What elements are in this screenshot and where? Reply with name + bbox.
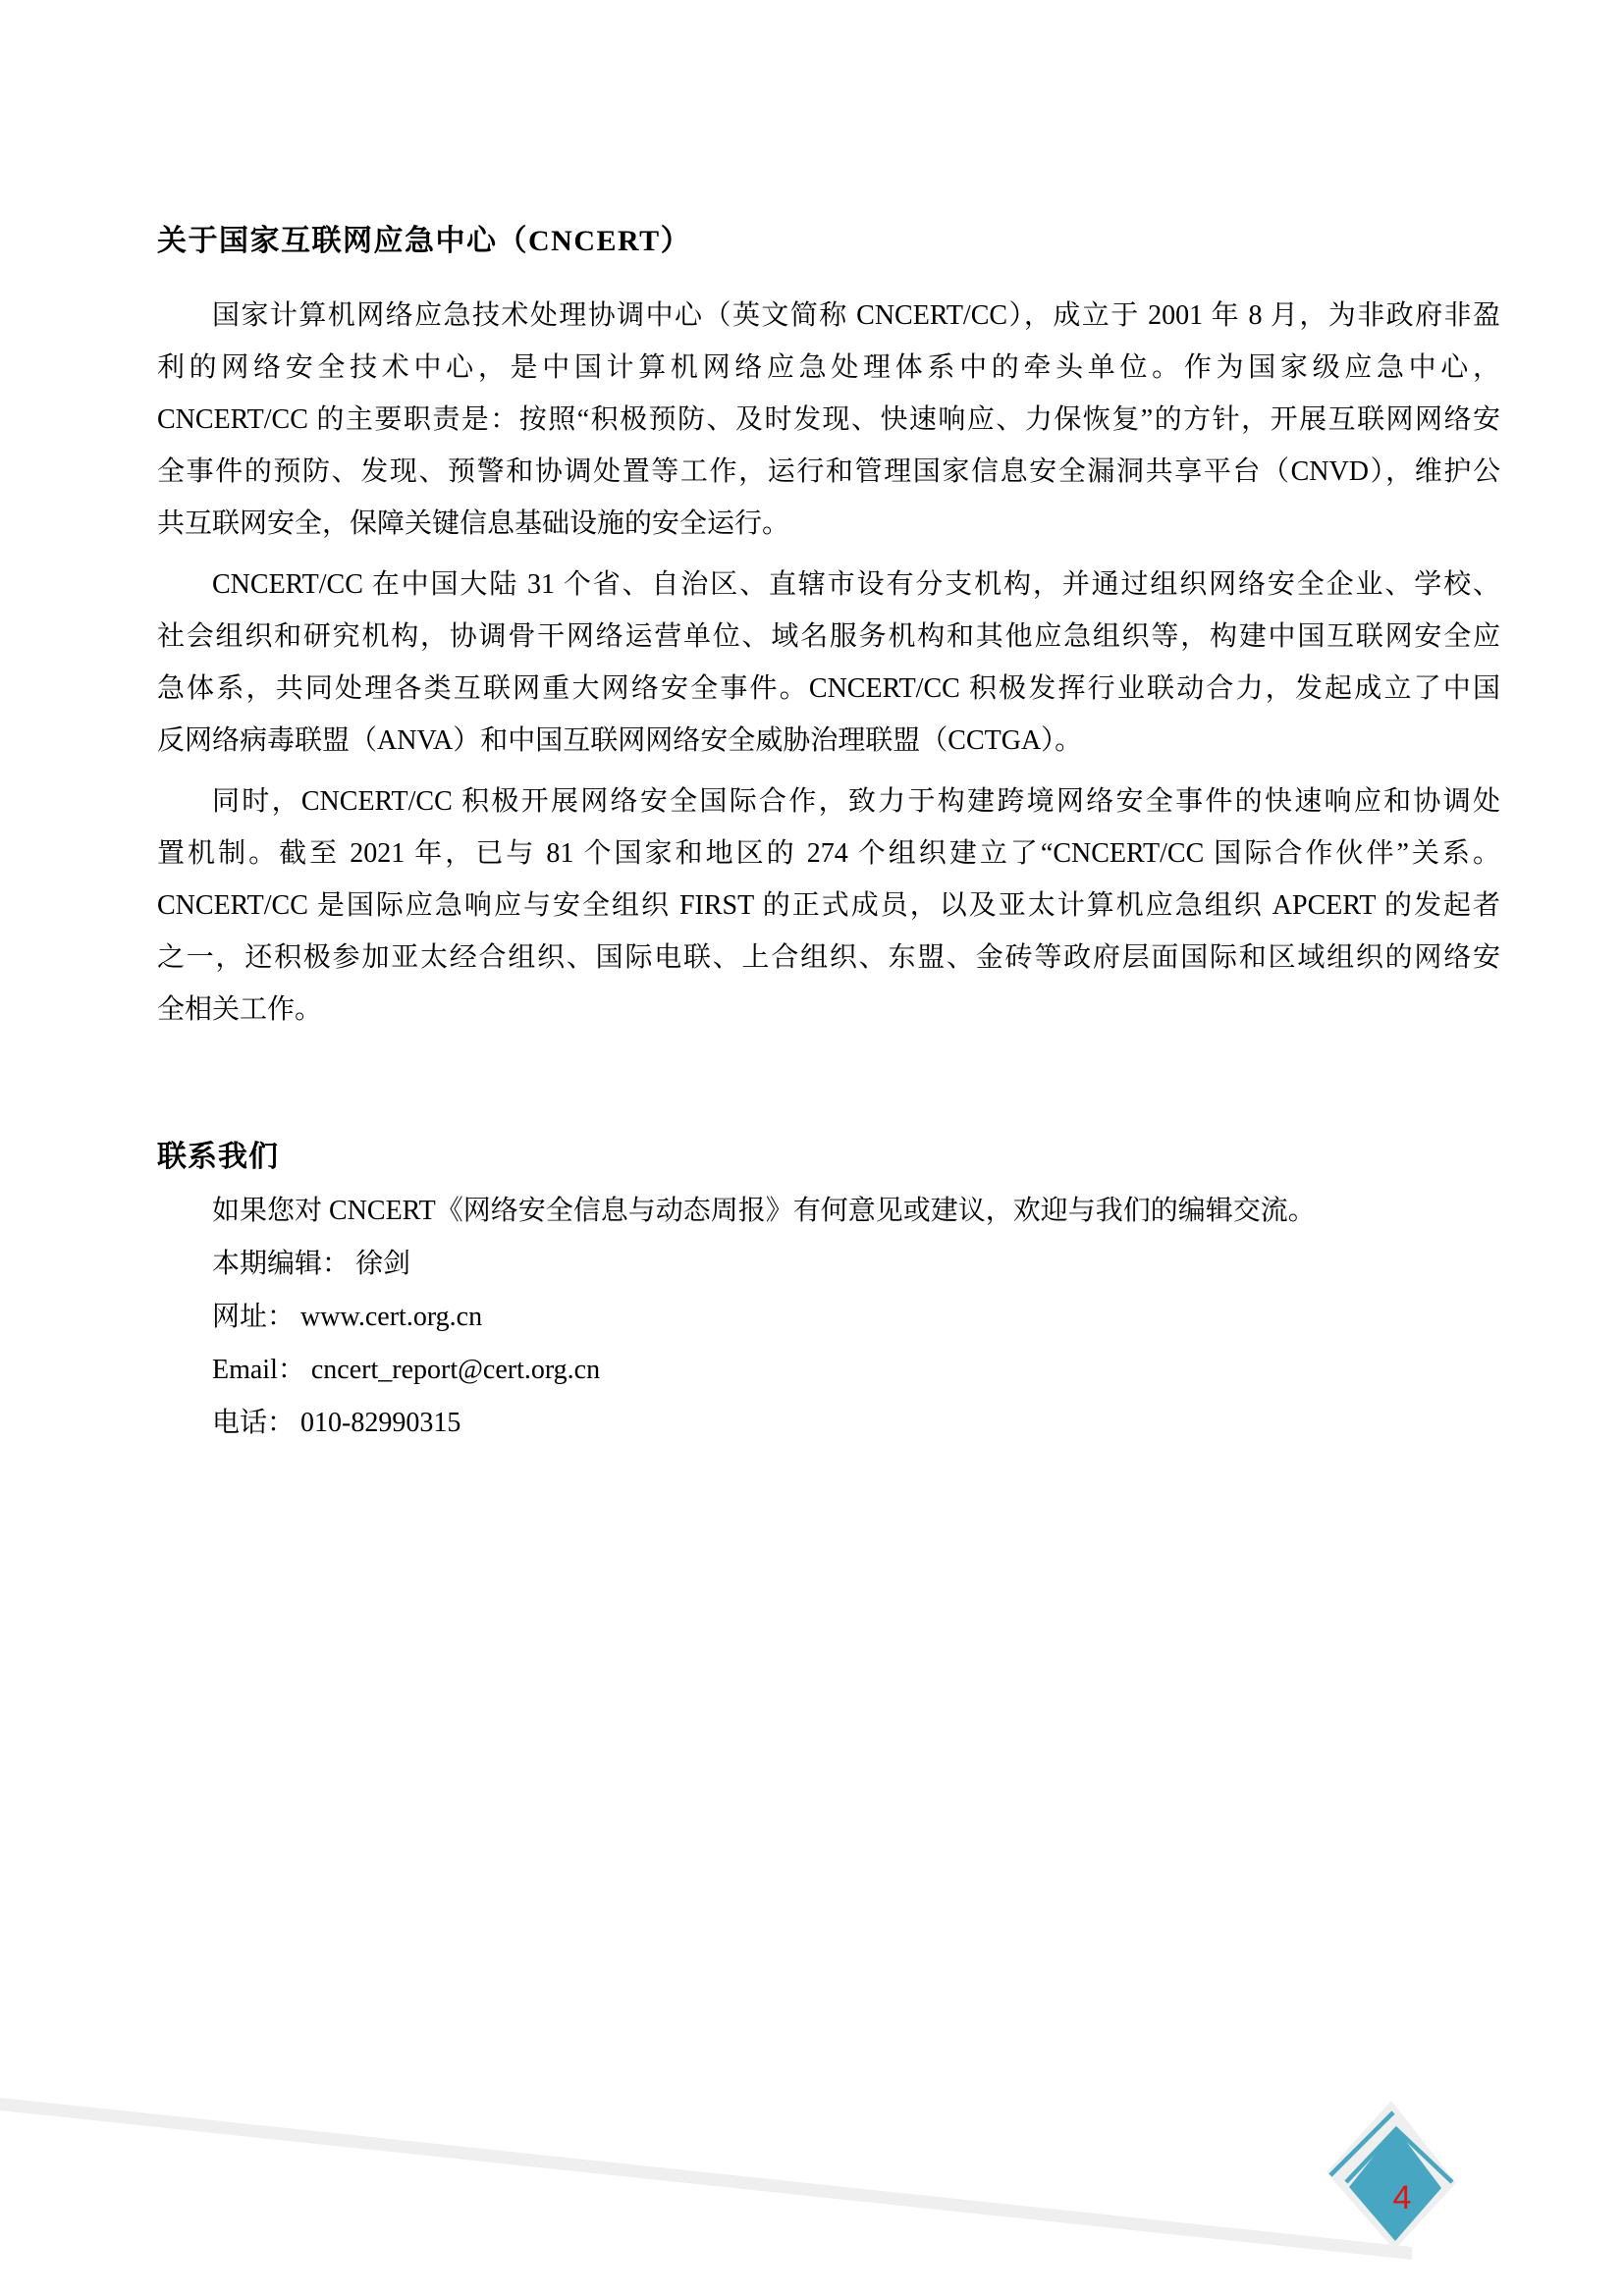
text-line: CNCERT/CC 的主要职责是：按照“积极预防、及时发现、快速响应、力保恢复”… bbox=[157, 394, 1500, 446]
contact-value: www.cert.org.cn bbox=[300, 1302, 482, 1332]
text-line: 社会组织和研究机构，协调骨干网络运营单位、域名服务机构和其他应急组织等，构建中国… bbox=[157, 611, 1500, 663]
text-line: CNCERT/CC 是国际应急响应与安全组织 FIRST 的正式成员，以及亚太计… bbox=[157, 880, 1500, 932]
contact-row: 电话：010-82990315 bbox=[157, 1397, 1500, 1450]
paragraph: 国家计算机网络应急技术处理协调中心（英文简称 CNCERT/CC），成立于 20… bbox=[157, 290, 1500, 550]
corner-logo: 4 bbox=[1326, 2101, 1456, 2250]
contact-section: 如果您对 CNCERT《网络安全信息与动态周报》有何意见或建议，欢迎与我们的编辑… bbox=[157, 1185, 1500, 1450]
about-section: 国家计算机网络应急技术处理协调中心（英文简称 CNCERT/CC），成立于 20… bbox=[157, 290, 1500, 1044]
paragraph: CNCERT/CC 在中国大陆 31 个省、自治区、直辖市设有分支机构，并通过组… bbox=[157, 559, 1500, 767]
page-title: 关于国家互联网应急中心（CNCERT） bbox=[157, 222, 691, 261]
contact-label: 网址： bbox=[212, 1302, 295, 1332]
contact-row: 本期编辑：徐剑 bbox=[157, 1238, 1500, 1291]
text-line: 置机制。截至 2021 年，已与 81 个国家和地区的 274 个组织建立了“C… bbox=[157, 828, 1500, 880]
page-number: 4 bbox=[1393, 2179, 1412, 2216]
text-line: 利的网络安全技术中心，是中国计算机网络应急处理体系中的牵头单位。作为国家级应急中… bbox=[157, 342, 1500, 394]
text-line: 全相关工作。 bbox=[157, 984, 1500, 1036]
contact-intro: 如果您对 CNCERT《网络安全信息与动态周报》有何意见或建议，欢迎与我们的编辑… bbox=[157, 1185, 1500, 1238]
contact-row: 网址：www.cert.org.cn bbox=[157, 1291, 1500, 1344]
contact-row: Email：cncert_report@cert.org.cn bbox=[157, 1344, 1500, 1397]
contact-value: cncert_report@cert.org.cn bbox=[311, 1355, 600, 1385]
text-line: CNCERT/CC 在中国大陆 31 个省、自治区、直辖市设有分支机构，并通过组… bbox=[157, 559, 1500, 611]
contact-heading: 联系我们 bbox=[157, 1138, 279, 1177]
contact-label: 本期编辑： bbox=[212, 1249, 350, 1279]
text-line: 同时，CNCERT/CC 积极开展网络安全国际合作，致力于构建跨境网络安全事件的… bbox=[157, 775, 1500, 828]
diagonal-band bbox=[0, 2098, 1412, 2260]
footer-decoration: 4 bbox=[0, 2091, 1624, 2296]
contact-value: 徐剑 bbox=[355, 1249, 410, 1279]
paragraph: 同时，CNCERT/CC 积极开展网络安全国际合作，致力于构建跨境网络安全事件的… bbox=[157, 775, 1500, 1036]
text-line: 全事件的预防、发现、预警和协调处置等工作，运行和管理国家信息安全漏洞共享平台（C… bbox=[157, 446, 1500, 498]
contact-value: 010-82990315 bbox=[300, 1408, 460, 1438]
text-line: 急体系，共同处理各类互联网重大网络安全事件。CNCERT/CC 积极发挥行业联动… bbox=[157, 663, 1500, 715]
contact-label: Email： bbox=[212, 1355, 305, 1385]
text-line: 反网络病毒联盟（ANVA）和中国互联网网络安全威胁治理联盟（CCTGA）。 bbox=[157, 715, 1500, 767]
text-line: 共互联网安全，保障关键信息基础设施的安全运行。 bbox=[157, 498, 1500, 550]
text-line: 国家计算机网络应急技术处理协调中心（英文简称 CNCERT/CC），成立于 20… bbox=[157, 290, 1500, 342]
document-page: 关于国家互联网应急中心（CNCERT） 国家计算机网络应急技术处理协调中心（英文… bbox=[0, 0, 1624, 2296]
text-line: 之一，还积极参加亚太经合组织、国际电联、上合组织、东盟、金砖等政府层面国际和区域… bbox=[157, 932, 1500, 984]
contact-label: 电话： bbox=[212, 1408, 295, 1438]
